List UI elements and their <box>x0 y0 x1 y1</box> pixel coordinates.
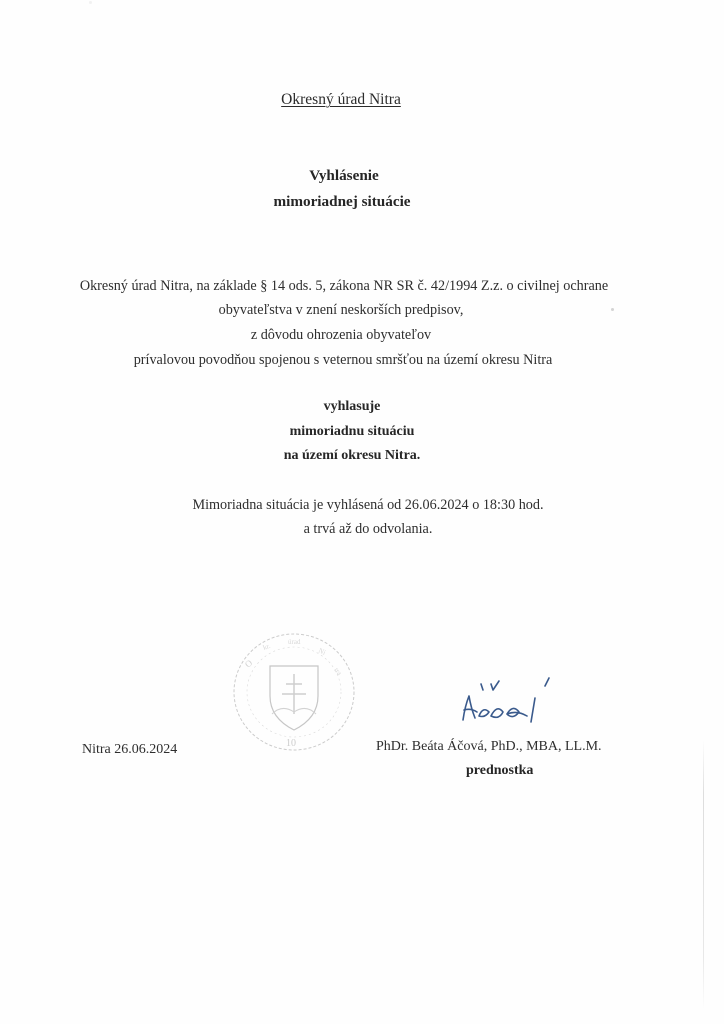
document-heading-line-1: Vyhlásenie <box>0 167 686 185</box>
svg-text:Ni: Ni <box>317 647 327 657</box>
scan-speck <box>89 1 92 4</box>
office-title: Okresný úrad Nitra <box>281 91 401 109</box>
svg-text:tra: tra <box>332 666 343 677</box>
official-stamp-icon: O kr. úrad Ni tra 10 <box>230 630 358 754</box>
handwritten-signature-icon <box>455 676 565 726</box>
svg-text:kr.: kr. <box>262 642 272 652</box>
svg-text:O: O <box>243 657 255 669</box>
body-text-line-2: obyvateľstva v znení neskorších predpiso… <box>0 301 682 319</box>
document-page: Okresný úrad Nitra Vyhlásenie mimoriadne… <box>0 0 724 1024</box>
place-and-date: Nitra 26.06.2024 <box>82 741 177 759</box>
declaration-line-2: mimoriadnu situáciu <box>0 423 704 441</box>
body-text-line-3: z dôvodu ohrozenia obyvateľov <box>0 326 682 344</box>
signer-name: PhDr. Beáta Áčová, PhD., MBA, LL.M. <box>376 738 602 756</box>
declaration-line-1: vyhlasuje <box>0 398 704 416</box>
scan-speck <box>611 308 614 311</box>
svg-text:úrad: úrad <box>288 638 301 646</box>
body-text-line-4: prívalovou povodňou spojenou s veternou … <box>0 351 686 369</box>
scan-edge-line <box>703 740 704 1010</box>
validity-line-2: a trvá až do odvolania. <box>0 520 724 538</box>
stamp-number: 10 <box>286 738 296 749</box>
body-text-line-1: Okresný úrad Nitra, na základe § 14 ods.… <box>0 277 688 295</box>
validity-line-1: Mimoriadna situácia je vyhlásená od 26.0… <box>0 496 724 514</box>
signer-role: prednostka <box>466 762 533 780</box>
declaration-line-3: na území okresu Nitra. <box>0 447 704 465</box>
document-heading-line-2: mimoriadnej situácie <box>0 193 684 211</box>
